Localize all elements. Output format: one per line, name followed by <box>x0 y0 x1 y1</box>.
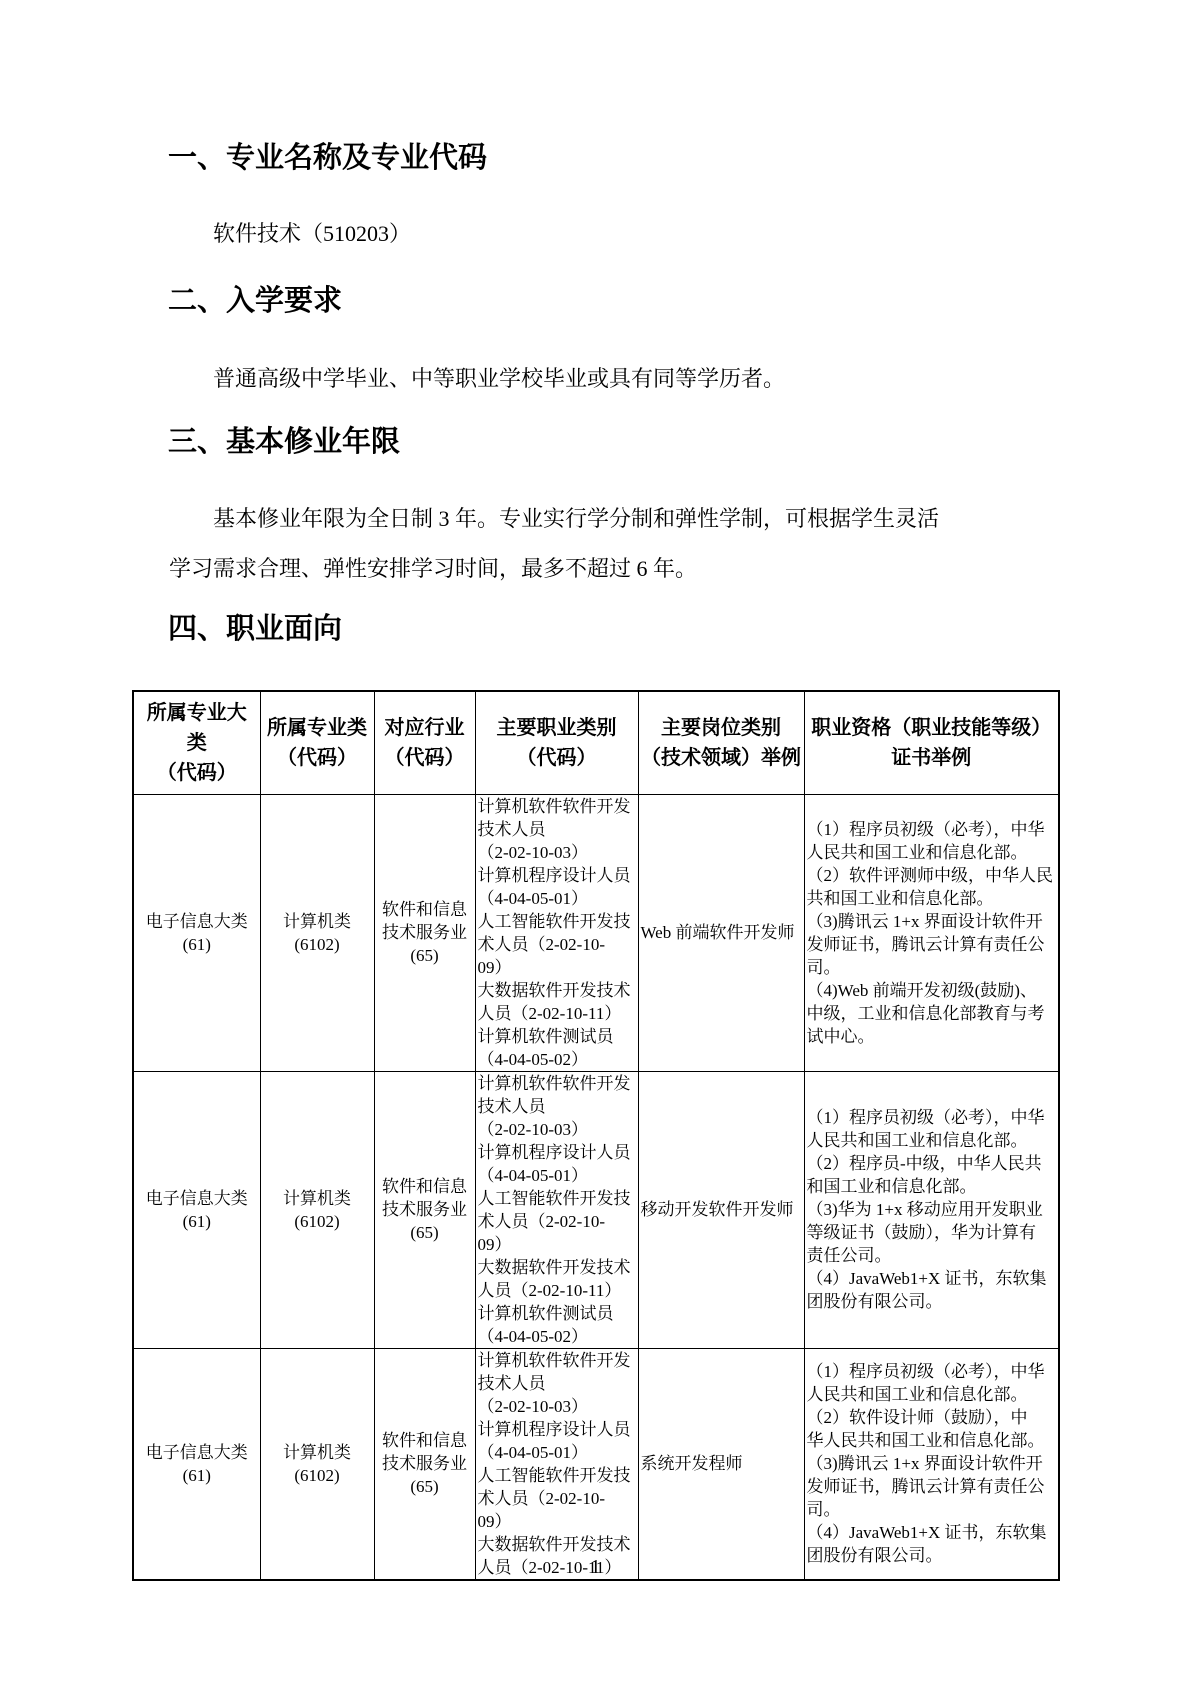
table-cell: 电子信息大类 (61) <box>133 1348 260 1580</box>
career-orientation-table: 所属专业大 类 （代码） 所属专业类 （代码） 对应行业 （代码） 主要职业类别… <box>132 690 1060 1581</box>
table-header-row: 所属专业大 类 （代码） 所属专业类 （代码） 对应行业 （代码） 主要职业类别… <box>133 691 1059 794</box>
table-cell: （1）程序员初级（必考），中华 人民共和国工业和信息化部。 （2）软件设计师（鼓… <box>804 1348 1059 1580</box>
header-cell-major-group: 所属专业大 类 （代码） <box>133 691 260 794</box>
table-cell: 系统开发程师 <box>638 1348 804 1580</box>
table-cell: 计算机软件软件开发 技术人员 （2-02-10-03） 计算机程序设计人员 （4… <box>475 1348 638 1580</box>
table-row: 电子信息大类 (61) 计算机类 (6102) 软件和信息 技术服务业 (65)… <box>133 794 1059 1071</box>
table-cell: 计算机软件软件开发 技术人员 （2-02-10-03） 计算机程序设计人员 （4… <box>475 1071 638 1348</box>
page-number: 1 <box>0 1556 1191 1579</box>
table-cell: 计算机类 (6102) <box>260 794 374 1071</box>
section-heading-4: 四、职业面向 <box>168 611 342 647</box>
table-cell: 移动开发软件开发师 <box>638 1071 804 1348</box>
document-page: 一、专业名称及专业代码 软件技术（510203） 二、入学要求 普通高级中学毕业… <box>0 0 1191 1684</box>
header-cell-certificates: 职业资格（职业技能等级） 证书举例 <box>804 691 1059 794</box>
section-heading-2: 二、入学要求 <box>168 283 342 319</box>
table-cell: 软件和信息 技术服务业 (65) <box>374 1071 475 1348</box>
header-cell-post-category: 主要岗位类别 （技术领域）举例 <box>638 691 804 794</box>
table-row: 电子信息大类 (61) 计算机类 (6102) 软件和信息 技术服务业 (65)… <box>133 1071 1059 1348</box>
table-row: 电子信息大类 (61) 计算机类 (6102) 软件和信息 技术服务业 (65)… <box>133 1348 1059 1580</box>
section-heading-3: 三、基本修业年限 <box>168 424 400 460</box>
table-cell: 软件和信息 技术服务业 (65) <box>374 794 475 1071</box>
section-paragraph-3: 基本修业年限为全日制 3 年。专业实行学分制和弹性学制，可根据学生灵活 学习需求… <box>169 494 1039 594</box>
table-cell: （1）程序员初级（必考），中华 人民共和国工业和信息化部。 （2）程序员-中级，… <box>804 1071 1059 1348</box>
table-cell: （1）程序员初级（必考），中华 人民共和国工业和信息化部。 （2）软件评测师中级… <box>804 794 1059 1071</box>
table-cell: 电子信息大类 (61) <box>133 794 260 1071</box>
table-cell: 软件和信息 技术服务业 (65) <box>374 1348 475 1580</box>
header-cell-occupation-category: 主要职业类别 （代码） <box>475 691 638 794</box>
header-cell-industry: 对应行业 （代码） <box>374 691 475 794</box>
table-cell: 计算机软件软件开发 技术人员 （2-02-10-03） 计算机程序设计人员 （4… <box>475 794 638 1071</box>
header-cell-major-class: 所属专业类 （代码） <box>260 691 374 794</box>
section-paragraph-1: 软件技术（510203） <box>169 219 1039 249</box>
table-cell: Web 前端软件开发师 <box>638 794 804 1071</box>
section-paragraph-2: 普通高级中学毕业、中等职业学校毕业或具有同等学历者。 <box>169 364 1039 394</box>
table-cell: 计算机类 (6102) <box>260 1071 374 1348</box>
table-cell: 电子信息大类 (61) <box>133 1071 260 1348</box>
section-heading-1: 一、专业名称及专业代码 <box>168 140 487 176</box>
table-cell: 计算机类 (6102) <box>260 1348 374 1580</box>
